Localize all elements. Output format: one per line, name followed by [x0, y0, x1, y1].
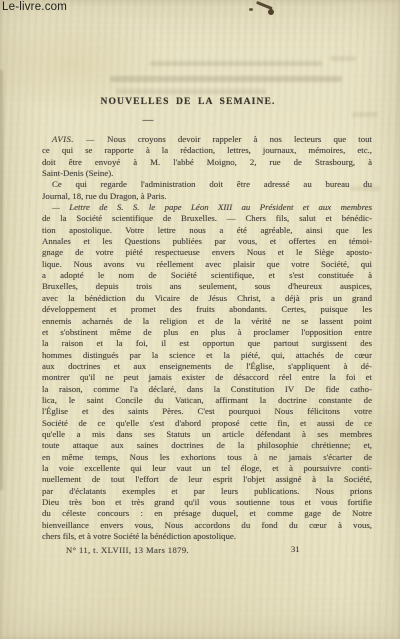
article-line: doit être envoyé à M. l'abbé Moigno, 2, … — [42, 157, 372, 168]
article-line: et s'obstinent même de plus en plus à pr… — [42, 327, 372, 338]
article-line: chers fils, et à votre Société la bénédi… — [42, 531, 372, 542]
section-heading: NOUVELLES DE LA SEMAINE. — [0, 96, 388, 107]
ink-speck-dot — [249, 8, 253, 11]
article-line: a adopté le nom de Société scientifique,… — [42, 270, 372, 281]
article-line: par d'éclatants exemples et par leurs pu… — [42, 486, 372, 497]
article-line: toute attaque aux saines doctrines de la… — [42, 440, 372, 451]
article-line: Bruxelles, depuis trois ans seulement, s… — [42, 281, 372, 292]
article-line: tion apostolique. Votre lettre nous a ét… — [42, 225, 372, 236]
article-line: en même temps, Nous les exhortons tous à… — [42, 452, 372, 463]
article-line: Saint-Denis (Seine). — [42, 168, 372, 179]
article-line: développement et promet des fruits abond… — [42, 304, 372, 315]
page-footer: N° 11, t. XLVIII, 13 Mars 1879. 31 — [0, 545, 400, 557]
article-line: la voie excellente qui leur vaut un tel … — [42, 463, 372, 474]
verso-showthrough-line — [110, 76, 342, 82]
verso-showthrough-line — [116, 89, 266, 94]
article-line: bienveillance envers vous, Nous accordon… — [42, 520, 372, 531]
article-line: la raison, comme l'a déclaré, dans la Co… — [42, 384, 372, 395]
verso-showthrough-line — [352, 112, 378, 117]
verso-showthrough-line — [330, 56, 356, 61]
article-line: montrer qu'il ne peut jamais exister de … — [42, 372, 372, 383]
article-line: de la Société scientifique de Bruxelles.… — [42, 213, 372, 224]
article-line: Dieu très bon et très grand qu'il vous s… — [42, 497, 372, 508]
article-line: nuellement de tout l'effort de leur espr… — [42, 474, 372, 485]
heading-separator-dash: — — [0, 114, 348, 126]
article-line: AVIS. — Nous croyons devoir rappeler à n… — [42, 134, 372, 145]
verso-showthrough-line — [150, 61, 322, 66]
article-line: lica, le saint Concile du Vatican, affir… — [42, 395, 372, 406]
issue-reference: N° 11, t. XLVIII, 13 Mars 1879. — [66, 545, 189, 555]
article-line: ennemis acharnés de la religion et de la… — [42, 316, 372, 327]
article-line: l'Église et des saints Pères. C'est pour… — [42, 406, 372, 417]
page-number: 31 — [291, 544, 300, 554]
article-lines: AVIS. — Nous croyons devoir rappeler à n… — [42, 134, 372, 542]
article-line: — Lettre de S. S. le pape Léon XIII au P… — [42, 202, 372, 213]
article-line: Ce qui regarde l'administration doit êtr… — [42, 179, 372, 190]
ink-speck-blob — [268, 9, 274, 15]
bookseller-watermark: Le-livre.com — [2, 1, 67, 13]
article-line: gnage de votre piété respectueuse envers… — [42, 247, 372, 258]
article-line: avec la bénédiction du Vicaire de Jésus … — [42, 293, 372, 304]
article-line: lique. Nous avons vu réellement avec pla… — [42, 259, 372, 270]
article-line: aux doctrines et aux enseignements de l'… — [42, 361, 372, 372]
article-line: la raison et la foi, il est opportun que… — [42, 338, 372, 349]
article-line: qu'elle a mis dans ses Statuts un articl… — [42, 429, 372, 440]
article-line: Société de ce qu'elle s'est d'abord prop… — [42, 418, 372, 429]
article-line: ce qui se rapporte à la rédaction, lettr… — [42, 145, 372, 156]
scanned-journal-page: Le-livre.com NOUVELLES DE LA SEMAINE. — … — [0, 0, 400, 639]
article-body: AVIS. — Nous croyons devoir rappeler à n… — [42, 134, 372, 542]
article-line-lead: AVIS. — — [52, 134, 107, 144]
article-line: Annales et les Questions publiées par vo… — [42, 236, 372, 247]
article-line: du céleste concours : en présage duquel,… — [42, 508, 372, 519]
article-line: Journal, 18, rue du Dragon, à Paris. — [42, 191, 372, 202]
binding-shadow — [0, 70, 4, 490]
article-line: hommes distingués par la science et la p… — [42, 350, 372, 361]
